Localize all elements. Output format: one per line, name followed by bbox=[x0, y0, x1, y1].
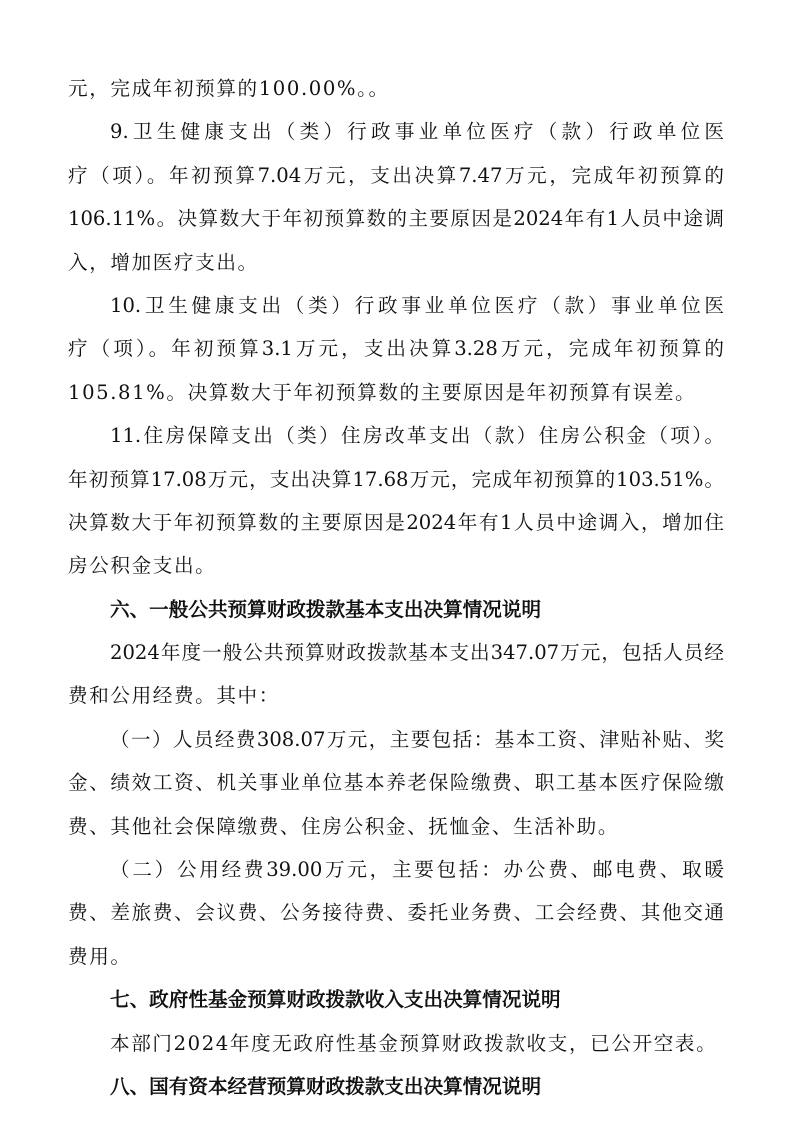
section-heading-8: 八、国有资本经营预算财政拨款支出决算情况说明 bbox=[68, 1065, 724, 1108]
body-line: 106.11%。决算数大于年初预算数的主要原因是2024年有1人员中途调 bbox=[68, 197, 724, 240]
personnel-expense-line: （一）人员经费308.07万元，主要包括：基本工资、津贴补贴、奖 bbox=[68, 718, 724, 761]
body-line: 房公积金支出。 bbox=[68, 544, 724, 587]
body-line: 费、其他社会保障缴费、住房公积金、抚恤金、生活补助。 bbox=[68, 805, 724, 848]
item-11-line: 11.住房保障支出（类）住房改革支出（款）住房公积金（项）。 bbox=[68, 414, 724, 457]
body-line: 费和公用经费。其中： bbox=[68, 674, 724, 717]
item-9-line: 9.卫生健康支出（类）行政事业单位医疗（款）行政单位医 bbox=[68, 110, 724, 153]
body-line: 入，增加医疗支出。 bbox=[68, 241, 724, 284]
body-line: 本部门2024年度无政府性基金预算财政拨款收支，已公开空表。 bbox=[68, 1022, 724, 1065]
body-line: 决算数大于年初预算数的主要原因是2024年有1人员中途调入，增加住 bbox=[68, 501, 724, 544]
body-line: 疗（项）。年初预算3.1万元，支出决算3.28万元，完成年初预算的 bbox=[68, 327, 724, 370]
body-line: 费用。 bbox=[68, 935, 724, 978]
body-line: 2024年度一般公共预算财政拨款基本支出347.07万元，包括人员经 bbox=[68, 631, 724, 674]
body-line: 105.81%。决算数大于年初预算数的主要原因是年初预算有误差。 bbox=[68, 371, 724, 414]
item-10-line: 10.卫生健康支出（类）行政事业单位医疗（款）事业单位医 bbox=[68, 284, 724, 327]
body-line: 年初预算17.08万元，支出决算17.68万元，完成年初预算的103.51%。 bbox=[68, 458, 724, 501]
body-line: 元，完成年初预算的100.00%。。 bbox=[68, 67, 724, 110]
section-heading-7: 七、政府性基金预算财政拨款收入支出决算情况说明 bbox=[68, 978, 724, 1021]
public-expense-line: （二）公用经费39.00万元，主要包括：办公费、邮电费、取暖 bbox=[68, 848, 724, 891]
document-page: 元，完成年初预算的100.00%。。 9.卫生健康支出（类）行政事业单位医疗（款… bbox=[68, 67, 724, 1108]
body-line: 疗（项）。年初预算7.04万元，支出决算7.47万元，完成年初预算的 bbox=[68, 154, 724, 197]
body-line: 费、差旅费、会议费、公务接待费、委托业务费、工会经费、其他交通 bbox=[68, 891, 724, 934]
body-line: 金、绩效工资、机关事业单位基本养老保险缴费、职工基本医疗保险缴 bbox=[68, 761, 724, 804]
section-heading-6: 六、一般公共预算财政拨款基本支出决算情况说明 bbox=[68, 588, 724, 631]
